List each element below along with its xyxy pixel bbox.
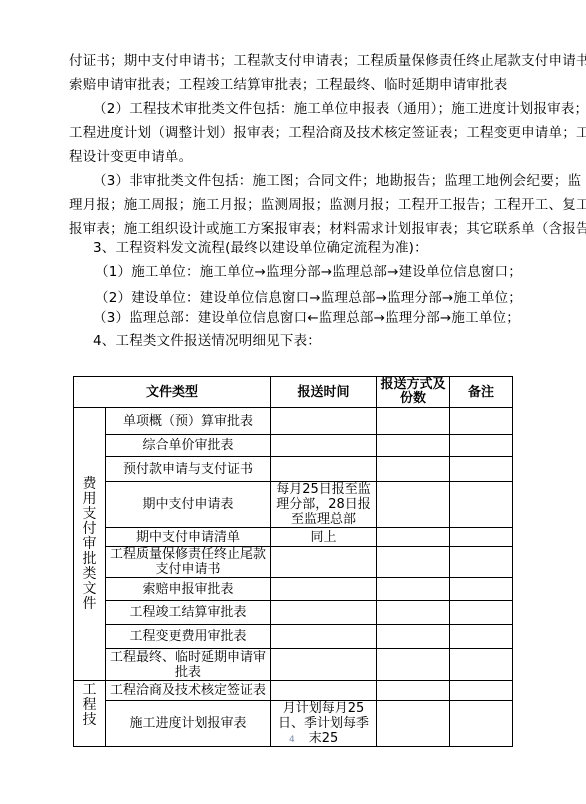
send-time-cell (271, 578, 377, 601)
remark-cell (450, 547, 513, 578)
file-name-cell: 工程洽商及技术核定签证表 (106, 681, 271, 701)
table-row: 工程质量保修责任终止尾款支付申请书 (74, 547, 513, 578)
paragraph-line: 索赔申请审批表；工程竣工结算审批表；工程最终、临时延期申请审批表 (69, 77, 507, 93)
file-name-cell: 期中支付申请清单 (106, 528, 271, 547)
remark-cell (450, 528, 513, 547)
paragraph-line: 付证书；期中支付申请书；工程款支付申请表；工程质量保修责任终止尾款支付申请书； (69, 53, 586, 69)
file-name-cell: 工程变更费用审批表 (106, 625, 271, 649)
send-time-cell (271, 408, 377, 435)
header-remarks: 备注 (450, 377, 513, 408)
category-char: 用 (76, 492, 103, 507)
remark-cell (450, 625, 513, 649)
table-header-row: 文件类型 报送时间 报送方式及份数 备注 (74, 377, 513, 408)
file-name-cell: 索赔申报审批表 (106, 578, 271, 601)
remark-cell (450, 408, 513, 435)
category-cell: 费用支付审批类文件 (74, 408, 106, 681)
header-send-time: 报送时间 (271, 377, 377, 408)
method-cell (377, 547, 450, 578)
header-method-copies: 报送方式及份数 (377, 377, 450, 408)
send-time-cell (271, 681, 377, 701)
method-cell (377, 649, 450, 681)
send-time-cell (271, 625, 377, 649)
send-time-cell (271, 649, 377, 681)
send-time-cell (271, 547, 377, 578)
table-row: 工程最终、临时延期申请审批表 (74, 649, 513, 681)
category-char: 件 (76, 597, 103, 612)
table-row: 综合单价审批表 (74, 435, 513, 457)
remark-cell (450, 649, 513, 681)
remark-cell (450, 482, 513, 528)
method-cell (377, 701, 450, 747)
category-cell: 工程技 (74, 681, 106, 747)
file-name-cell: 单项概（预）算审批表 (106, 408, 271, 435)
method-cell (377, 578, 450, 601)
paragraph-line: 工程进度计划（调整计划）报审表；工程洽商及技术核定签证表；工程变更申请单；工 (69, 125, 586, 141)
method-cell (377, 601, 450, 625)
paragraph-line: 3、工程资料发文流程(最终以建设单位确定流程为准)： (93, 240, 428, 256)
file-name-cell: 期中支付申请表 (106, 482, 271, 528)
file-name-cell: 工程竣工结算审批表 (106, 601, 271, 625)
paragraph-line: 程设计变更申请单。 (69, 149, 192, 165)
paragraph-line: （3）非审批类文件包括：施工图；合同文件；地勘报告；监理工地例会纪要；监 (93, 173, 581, 189)
category-char: 文 (76, 582, 103, 597)
remark-cell (450, 457, 513, 482)
method-cell (377, 681, 450, 701)
method-cell (377, 625, 450, 649)
send-time-cell: 每月25日报至监理分部，28日报至监理总部 (271, 482, 377, 528)
file-name-cell: 预付款申请与支付证书 (106, 457, 271, 482)
table-row: 预付款申请与支付证书 (74, 457, 513, 482)
method-cell (377, 482, 450, 528)
category-char: 支 (76, 507, 103, 522)
paragraph-line: （2）建设单位：建设单位信息窗口→监理总部→监理分部→施工单位； (95, 290, 522, 306)
method-cell (377, 435, 450, 457)
file-name-cell: 施工进度计划报审表 (106, 701, 271, 747)
file-name-cell: 工程最终、临时延期申请审批表 (106, 649, 271, 681)
table-row: 索赔申报审批表 (74, 578, 513, 601)
paragraph-line: （3）监理总部：建设单位信息窗口←监理总部→监理分部→施工单位； (93, 310, 520, 326)
category-char: 工 (76, 683, 103, 698)
method-cell (377, 528, 450, 547)
category-char: 类 (76, 567, 103, 582)
method-cell (377, 457, 450, 482)
table-row: 期中支付申请清单同上 (74, 528, 513, 547)
file-name-cell: 工程质量保修责任终止尾款支付申请书 (106, 547, 271, 578)
category-char: 审 (76, 537, 103, 552)
send-time-cell (271, 457, 377, 482)
header-file-type: 文件类型 (74, 377, 271, 408)
send-time-cell (271, 435, 377, 457)
category-char: 程 (76, 698, 103, 713)
category-char: 费 (76, 477, 103, 492)
paragraph-line: 4、工程类文件报送情况明细见下表： (93, 333, 321, 349)
table-row: 期中支付申请表每月25日报至监理分部，28日报至监理总部 (74, 482, 513, 528)
paragraph-line: 理月报；施工周报；施工月报；监测周报；监测月报；工程开工报告；工程开工、复工 (69, 197, 586, 213)
table-row: 工程竣工结算审批表 (74, 601, 513, 625)
remark-cell (450, 601, 513, 625)
table-row: 费用支付审批类文件单项概（预）算审批表 (74, 408, 513, 435)
table-row: 工程变更费用审批表 (74, 625, 513, 649)
method-cell (377, 408, 450, 435)
send-time-cell: 同上 (271, 528, 377, 547)
send-time-cell (271, 601, 377, 625)
category-char: 技 (76, 713, 103, 728)
remark-cell (450, 701, 513, 747)
file-submission-table: 文件类型 报送时间 报送方式及份数 备注 费用支付审批类文件单项概（预）算审批表… (73, 376, 513, 747)
file-name-cell: 综合单价审批表 (106, 435, 271, 457)
page-number: 4 (289, 735, 295, 745)
remark-cell (450, 435, 513, 457)
category-char: 批 (76, 552, 103, 567)
category-char: 付 (76, 522, 103, 537)
paragraph-line: 报审表；施工组织设计或施工方案报审表；材料需求计划报审表；其它联系单（含报告）。 (69, 221, 586, 237)
remark-cell (450, 681, 513, 701)
send-time-cell: 月计划每月25日、季计划每季末25 (271, 701, 377, 747)
remark-cell (450, 578, 513, 601)
paragraph-line: （2）工程技术审批类文件包括：施工单位申报表（通用）；施工进度计划报审表； (93, 101, 586, 117)
paragraph-line: （1）施工单位：施工单位→监理分部→监理总部→建设单位信息窗口； (95, 264, 522, 280)
table-row: 工程技工程洽商及技术核定签证表 (74, 681, 513, 701)
